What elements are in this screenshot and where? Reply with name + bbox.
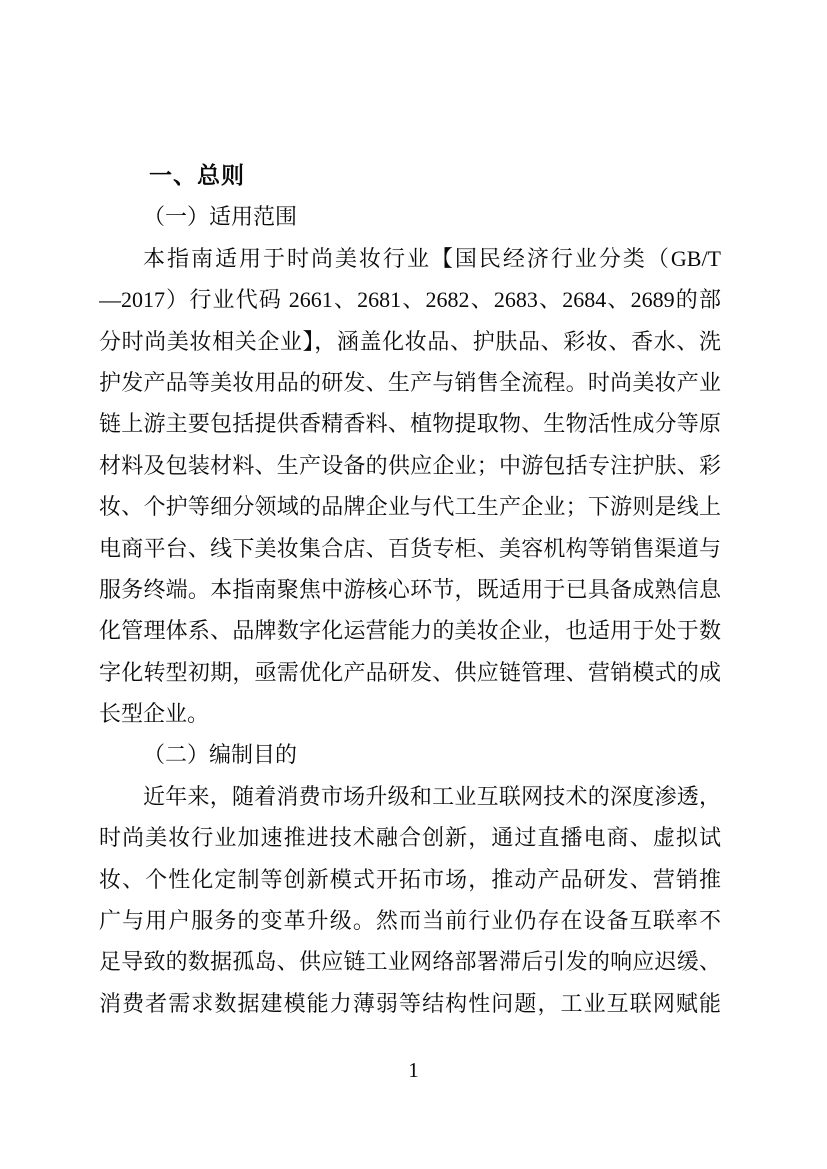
paragraph-scope: 本指南适用于时尚美妆行业【国民经济行业分类（GB/T 4754—2017）行业代… — [99, 238, 721, 735]
text-line: 材料及包装材料、生产设备的供应企业；中游包括专注护肤、彩 — [99, 445, 721, 486]
text-line: 近年来，随着消费市场升级和工业互联网技术的深度渗透， — [99, 776, 721, 817]
document-content: 一、总则 （一）适用范围 本指南适用于时尚美妆行业【国民经济行业分类（GB/T … — [99, 155, 721, 1024]
subsection-heading-scope: （一）适用范围 — [99, 196, 721, 237]
text-line: 服务终端。本指南聚焦中游核心环节，既适用于已具备成熟信息 — [99, 569, 721, 610]
text-line: 时尚美妆行业加速推进技术融合创新，通过直播电商、虚拟试 — [99, 817, 721, 858]
text-line: 妆、个护等细分领域的品牌企业与代工生产企业；下游则是线上 — [99, 486, 721, 527]
text-line: 妆、个性化定制等创新模式开拓市场，推动产品研发、营销推 — [99, 859, 721, 900]
text-line: 链上游主要包括提供香精香料、植物提取物、生物活性成分等原 — [99, 403, 721, 444]
text-line: 化管理体系、品牌数字化运营能力的美妆企业，也适用于处于数 — [99, 610, 721, 651]
text-line: 电商平台、线下美妆集合店、百货专柜、美容机构等销售渠道与 — [99, 528, 721, 569]
text-line: —2017）行业代码 2661、2681、2682、2683、2684、2689… — [99, 279, 721, 320]
text-line: 足导致的数据孤岛、供应链工业网络部署滞后引发的响应迟缓、 — [99, 941, 721, 982]
text-line: 分时尚美妆相关企业】，涵盖化妆品、护肤品、彩妆、香水、洗 — [99, 321, 721, 362]
subsection-heading-purpose: （二）编制目的 — [99, 734, 721, 775]
text-line: 本指南适用于时尚美妆行业【国民经济行业分类（GB/T 4754 — [99, 238, 721, 279]
text-line: 消费者需求数据建模能力薄弱等结构性问题，工业互联网赋能 — [99, 983, 721, 1024]
page-number: 1 — [0, 1050, 827, 1091]
section-heading: 一、总则 — [99, 155, 721, 196]
document-page: 一、总则 （一）适用范围 本指南适用于时尚美妆行业【国民经济行业分类（GB/T … — [0, 0, 827, 1169]
text-line: 字化转型初期，亟需优化产品研发、供应链管理、营销模式的成 — [99, 652, 721, 693]
text-line: 长型企业。 — [99, 693, 721, 734]
text-line: 护发产品等美妆用品的研发、生产与销售全流程。时尚美妆产业 — [99, 362, 721, 403]
text-line: 广与用户服务的变革升级。然而当前行业仍存在设备互联率不 — [99, 900, 721, 941]
paragraph-purpose: 近年来，随着消费市场升级和工业互联网技术的深度渗透，时尚美妆行业加速推进技术融合… — [99, 776, 721, 1024]
